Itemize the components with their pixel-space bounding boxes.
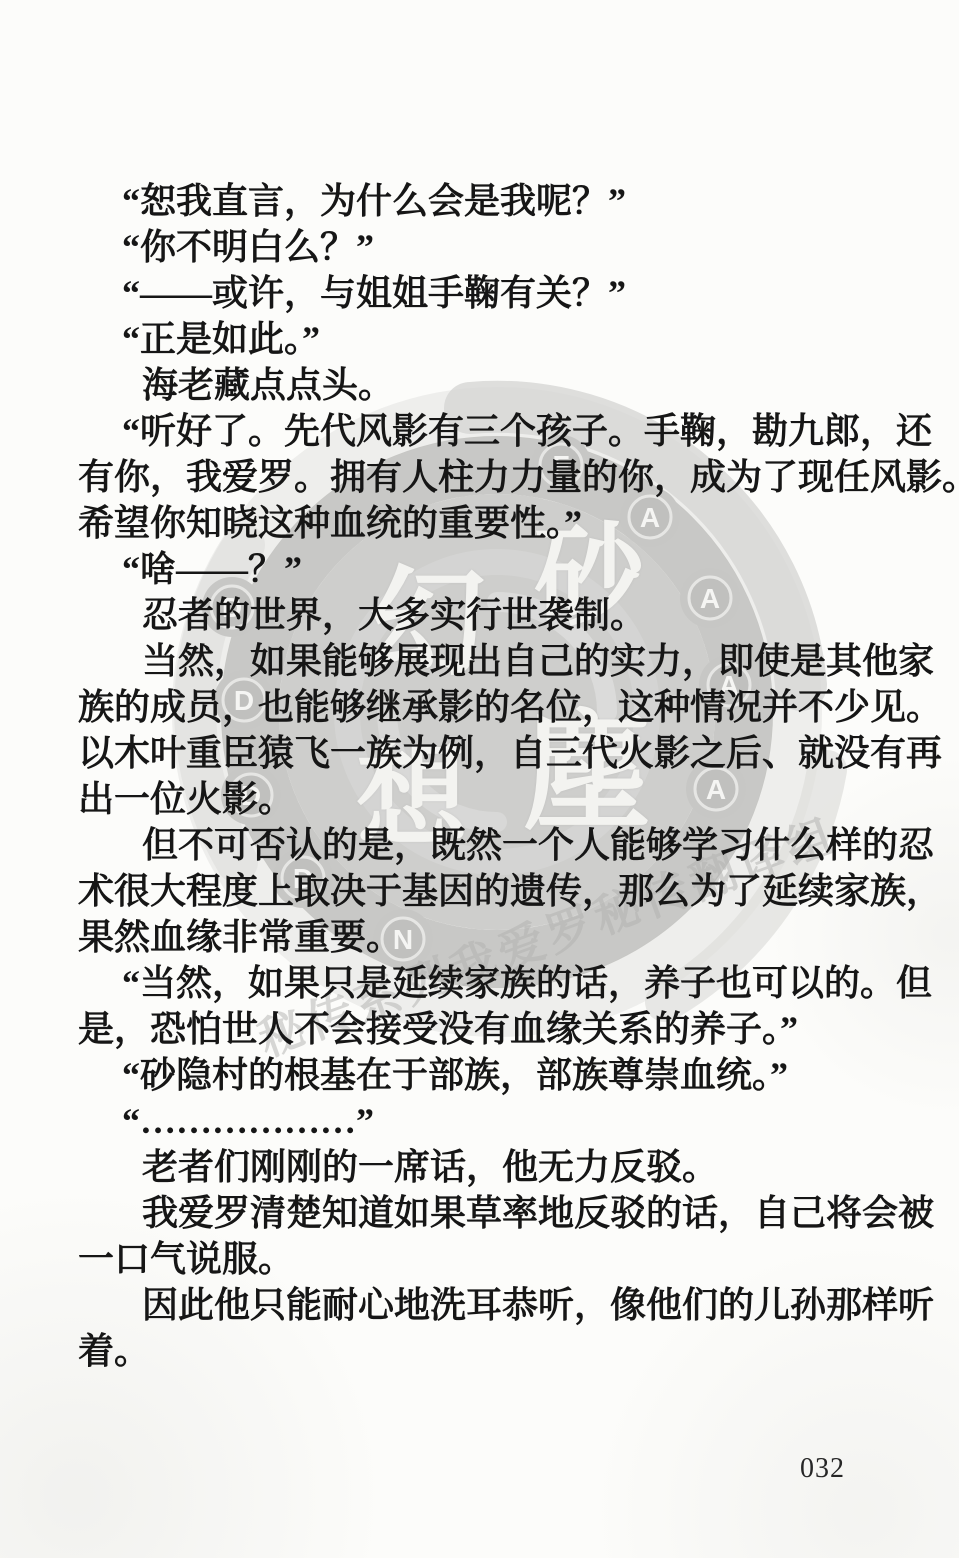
text-line: 老者们刚刚的一席话，他无力反驳。	[78, 1144, 878, 1190]
text-line: 出一位火影。	[78, 776, 878, 822]
text-line: 但不可否认的是，既然一个人能够学习什么样的忍	[78, 822, 878, 868]
page-number: 032	[800, 1453, 845, 1485]
text-line: 以木叶重臣猿飞一族为例，自三代火影之后、就没有再	[78, 730, 878, 776]
text-line: “………………”	[78, 1098, 878, 1144]
text-line: “恕我直言，为什么会是我呢？”	[78, 178, 878, 224]
text-line: 有你，我爱罗。拥有人柱力力量的你，成为了现任风影。	[78, 454, 878, 500]
book-page: FAAAANDDDD 幻砂想塵 秘传系列我爱罗秘传翻译组 “恕我直言，为什么会是…	[0, 0, 959, 1558]
text-line: 术很大程度上取决于基因的遗传，那么为了延续家族，	[78, 868, 878, 914]
text-line: “当然，如果只是延续家族的话，养子也可以的。但	[78, 960, 878, 1006]
text-line: “啥——？”	[78, 546, 878, 592]
text-line: “你不明白么？”	[78, 224, 878, 270]
text-line: 着。	[78, 1328, 878, 1374]
text-line: 是，恐怕世人不会接受没有血缘关系的养子。”	[78, 1006, 878, 1052]
text-line: 忍者的世界，大多实行世袭制。	[78, 592, 878, 638]
text-line: “——或许，与姐姐手鞠有关？”	[78, 270, 878, 316]
text-line: 族的成员，也能够继承影的名位，这种情况并不少见。	[78, 684, 878, 730]
text-line: “听好了。先代风影有三个孩子。手鞠，勘九郎，还	[78, 408, 878, 454]
text-line: 我爱罗清楚知道如果草率地反驳的话，自己将会被	[78, 1190, 878, 1236]
text-line: “正是如此。”	[78, 316, 878, 362]
text-line: 海老藏点点头。	[78, 362, 878, 408]
text-line: 因此他只能耐心地洗耳恭听，像他们的儿孙那样听	[78, 1282, 878, 1328]
text-line: 一口气说服。	[78, 1236, 878, 1282]
text-line: “砂隐村的根基在于部族，部族尊崇血统。”	[78, 1052, 878, 1098]
text-line: 果然血缘非常重要。	[78, 914, 878, 960]
text-line: 当然，如果能够展现出自己的实力，即使是其他家	[78, 638, 878, 684]
text-line: 希望你知晓这种血统的重要性。”	[78, 500, 878, 546]
body-text: “恕我直言，为什么会是我呢？”“你不明白么？”“——或许，与姐姐手鞠有关？”“正…	[78, 178, 878, 1374]
